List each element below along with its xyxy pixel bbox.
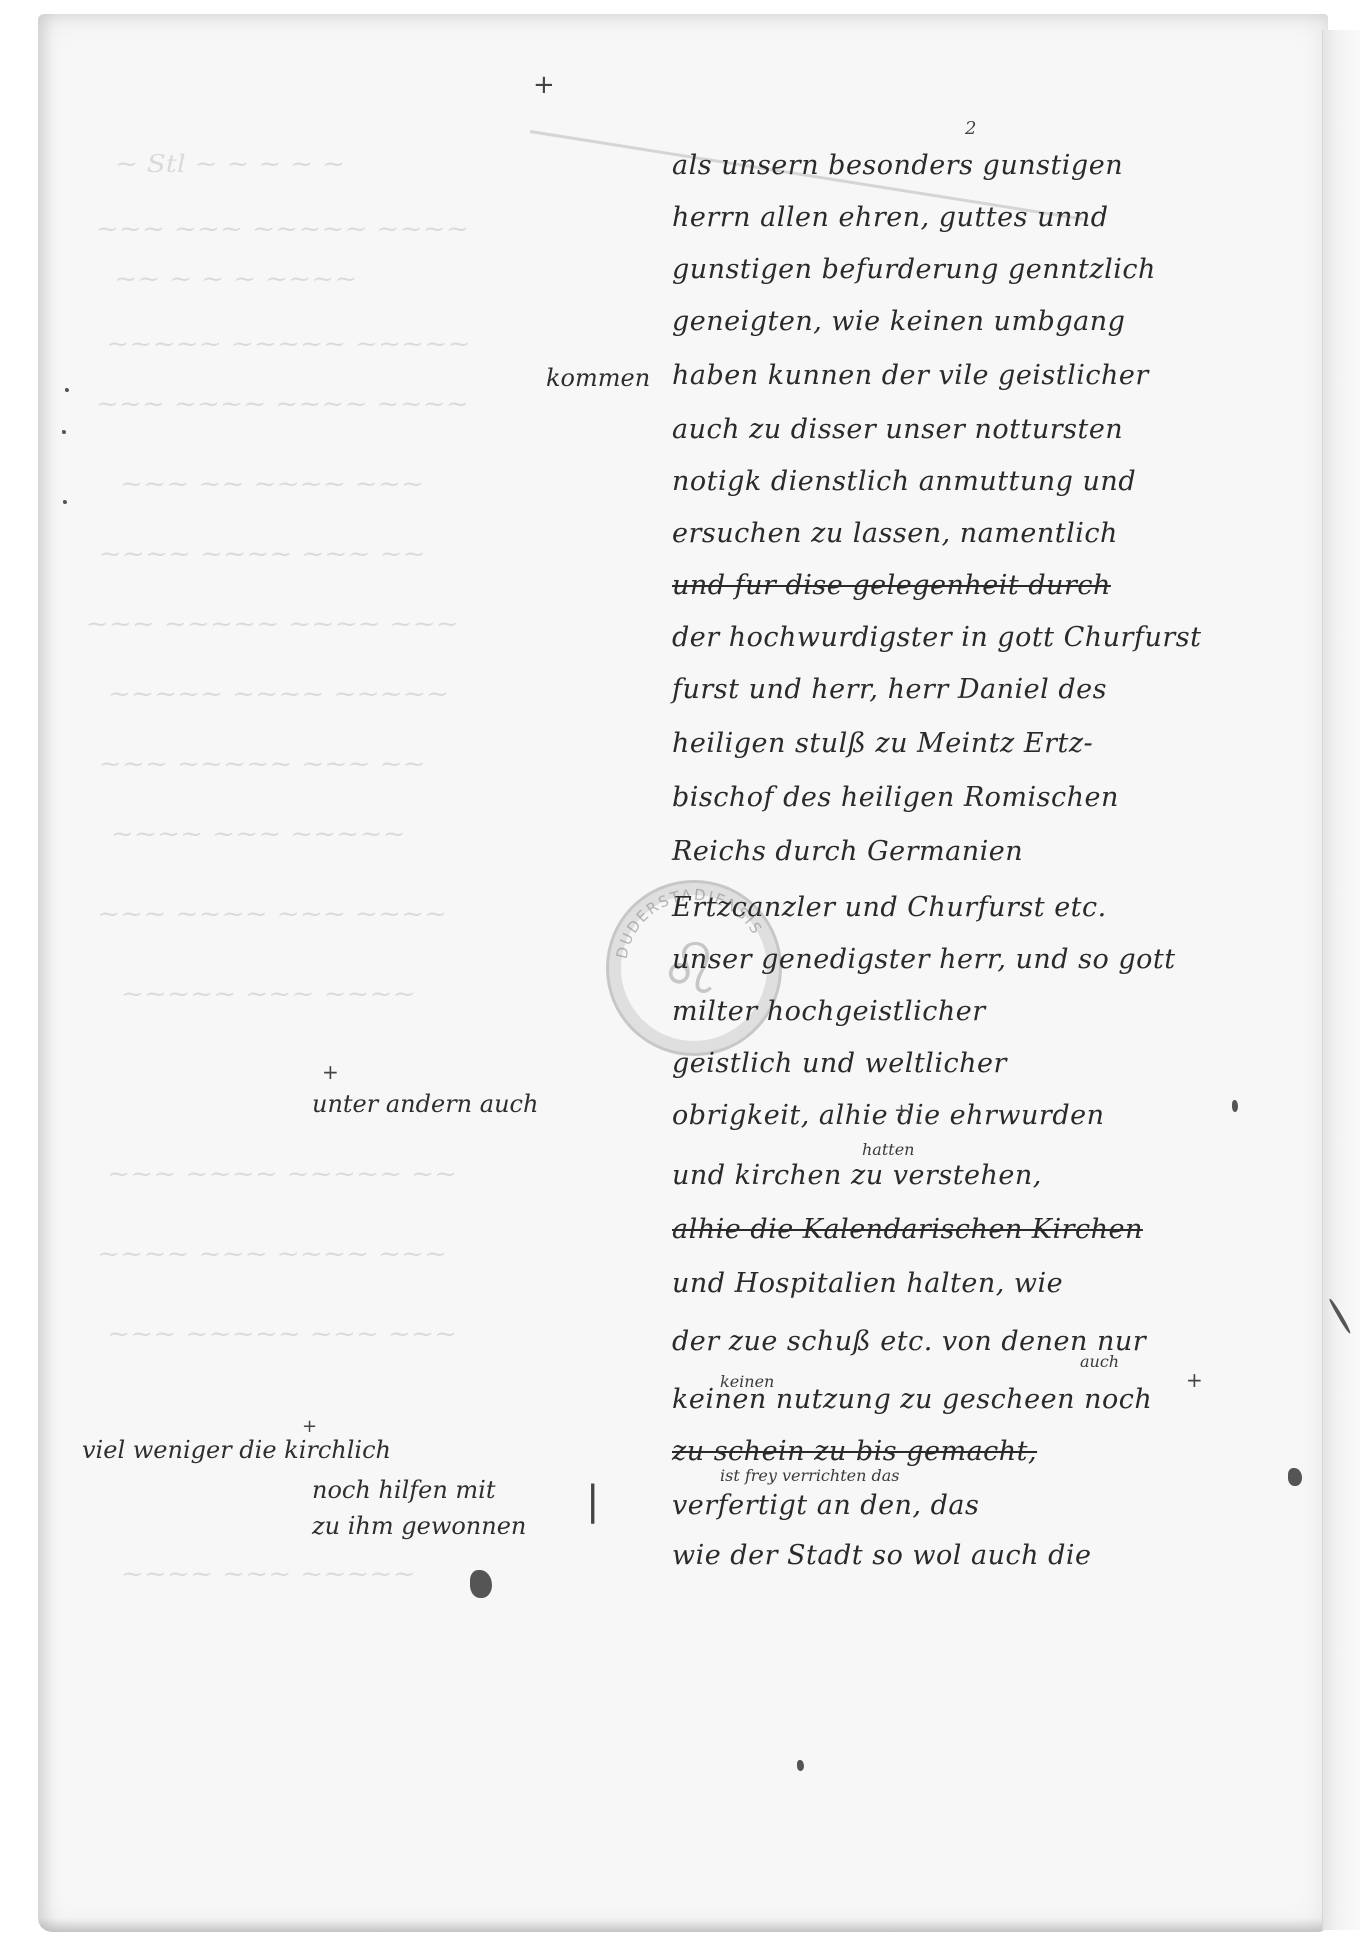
bleed-through-text: ~~~~ ~~~ ~~~~ ~~~ [97, 1240, 447, 1268]
margin-note: viel weniger die kirchlich [82, 1436, 391, 1464]
text-line: bischof des heiligen Romischen [672, 782, 1119, 813]
interlinear-insertion: auch [1080, 1352, 1119, 1371]
insertion-cross-mark: + [894, 1100, 909, 1121]
bleed-through-text: ~~ ~ ~ ~ ~~~~ [114, 265, 357, 293]
text-line: und kirchen zu verstehen, [672, 1160, 1042, 1191]
bleed-through-text: ~~~ ~~~~~ ~~~~ ~~~ [86, 610, 459, 638]
bleed-through-text: ~~~ ~~~~ ~~~ ~~~~ [97, 900, 447, 928]
bleed-through-text: ~~~~ ~~~~ ~~~ ~~ [99, 540, 426, 568]
text-line-deleted: alhie die Kalendarischen Kirchen [672, 1214, 1143, 1245]
text-line: gunstigen befurderung genntzlich [672, 254, 1156, 285]
text-line: obrigkeit, alhie die ehrwurden [672, 1100, 1105, 1131]
ink-blot [1232, 1100, 1238, 1112]
ink-blot [1288, 1468, 1302, 1486]
bleed-through-text: ~~~ ~~~~ ~~~~~ ~~ [107, 1160, 457, 1188]
ink-blot [62, 430, 66, 434]
text-line: herrn allen ehren, guttes unnd [672, 202, 1109, 233]
bleed-through-text: ~~~~ ~~~ ~~~~~ [111, 820, 406, 848]
cross-mark: + [533, 70, 555, 100]
text-line: notigk dienstlich anmuttung und [672, 466, 1136, 497]
bleed-through-text: ~~~ ~~~~~ ~~~ ~~~ [107, 1320, 457, 1348]
ink-blot [63, 500, 67, 504]
ink-blot [65, 388, 69, 392]
text-line: furst und herr, herr Daniel des [672, 674, 1107, 705]
bleed-through-text: ~ Stl ~ ~ ~ ~ ~ [115, 150, 345, 178]
text-line: milter hochgeistlicher [672, 996, 986, 1027]
bleed-through-text: ~~~ ~~~ ~~~~~ ~~~~ [96, 215, 469, 243]
bleed-through-text: ~~~ ~~ ~~~~ ~~~ [120, 470, 424, 498]
bleed-through-text: ~~~~~ ~~~ ~~~~ [121, 980, 416, 1008]
text-line: verfertigt an den, das [672, 1490, 979, 1521]
bleed-through-text: ~~~~~ ~~~~~ ~~~~~ [106, 330, 470, 358]
text-line: und Hospitalien halten, wie [672, 1268, 1063, 1299]
text-line: unser genedigster herr, und so gott [672, 944, 1176, 975]
interlinear-insertion: hatten [862, 1140, 914, 1159]
text-line-deleted: und fur dise gelegenheit durch [672, 570, 1111, 601]
margin-cross-mark: + [302, 1416, 317, 1437]
margin-note: noch hilfen mit [312, 1476, 496, 1504]
bleed-through-text: ~~~~ ~~~ ~~~~~ [121, 1560, 416, 1588]
margin-cross-mark: + [322, 1060, 339, 1084]
text-line: geistlich und weltlicher [672, 1048, 1007, 1079]
folio-number: 2 [965, 118, 976, 139]
insertion-cross-mark: + [1186, 1368, 1203, 1392]
text-line: Reichs durch Germanien [672, 836, 1023, 867]
bleed-through-text: ~~~ ~~~~ ~~~~ ~~~~ [96, 390, 469, 418]
text-line-deleted: zu schein zu bis gemacht, [672, 1436, 1037, 1467]
margin-note: unter andern auch [312, 1090, 538, 1118]
next-page-edge [1322, 30, 1360, 1930]
text-line: Ertzcanzler und Churfurst etc. [672, 892, 1107, 923]
interlinear-insertion: ist frey verrichten das [720, 1466, 899, 1485]
bleed-through-text: ~~~~~ ~~~~ ~~~~~ [108, 680, 449, 708]
text-line: heiligen stulß zu Meintz Ertz- [672, 728, 1093, 759]
text-line: haben kunnen der vile geistlicher [672, 360, 1149, 391]
text-line: ersuchen zu lassen, namentlich [672, 518, 1118, 549]
margin-note: zu ihm gewonnen [312, 1512, 526, 1540]
ink-blot [797, 1760, 804, 1771]
text-line: auch zu disser unser nottursten [672, 414, 1123, 445]
text-line: als unsern besonders gunstigen [672, 150, 1123, 181]
bracket-mark: | [586, 1478, 599, 1524]
interlinear-insertion: keinen [720, 1372, 774, 1391]
text-line: der zue schuß etc. von denen nur [672, 1326, 1146, 1357]
text-line: geneigten, wie keinen umbgang [672, 306, 1125, 337]
bleed-through-text: ~~~ ~~~~~ ~~~ ~~ [99, 750, 426, 778]
margin-note: kommen [546, 364, 650, 392]
text-line: der hochwurdigster in gott Churfurst [672, 622, 1201, 653]
ink-blot [470, 1570, 492, 1598]
text-line: wie der Stadt so wol auch die [672, 1540, 1091, 1571]
